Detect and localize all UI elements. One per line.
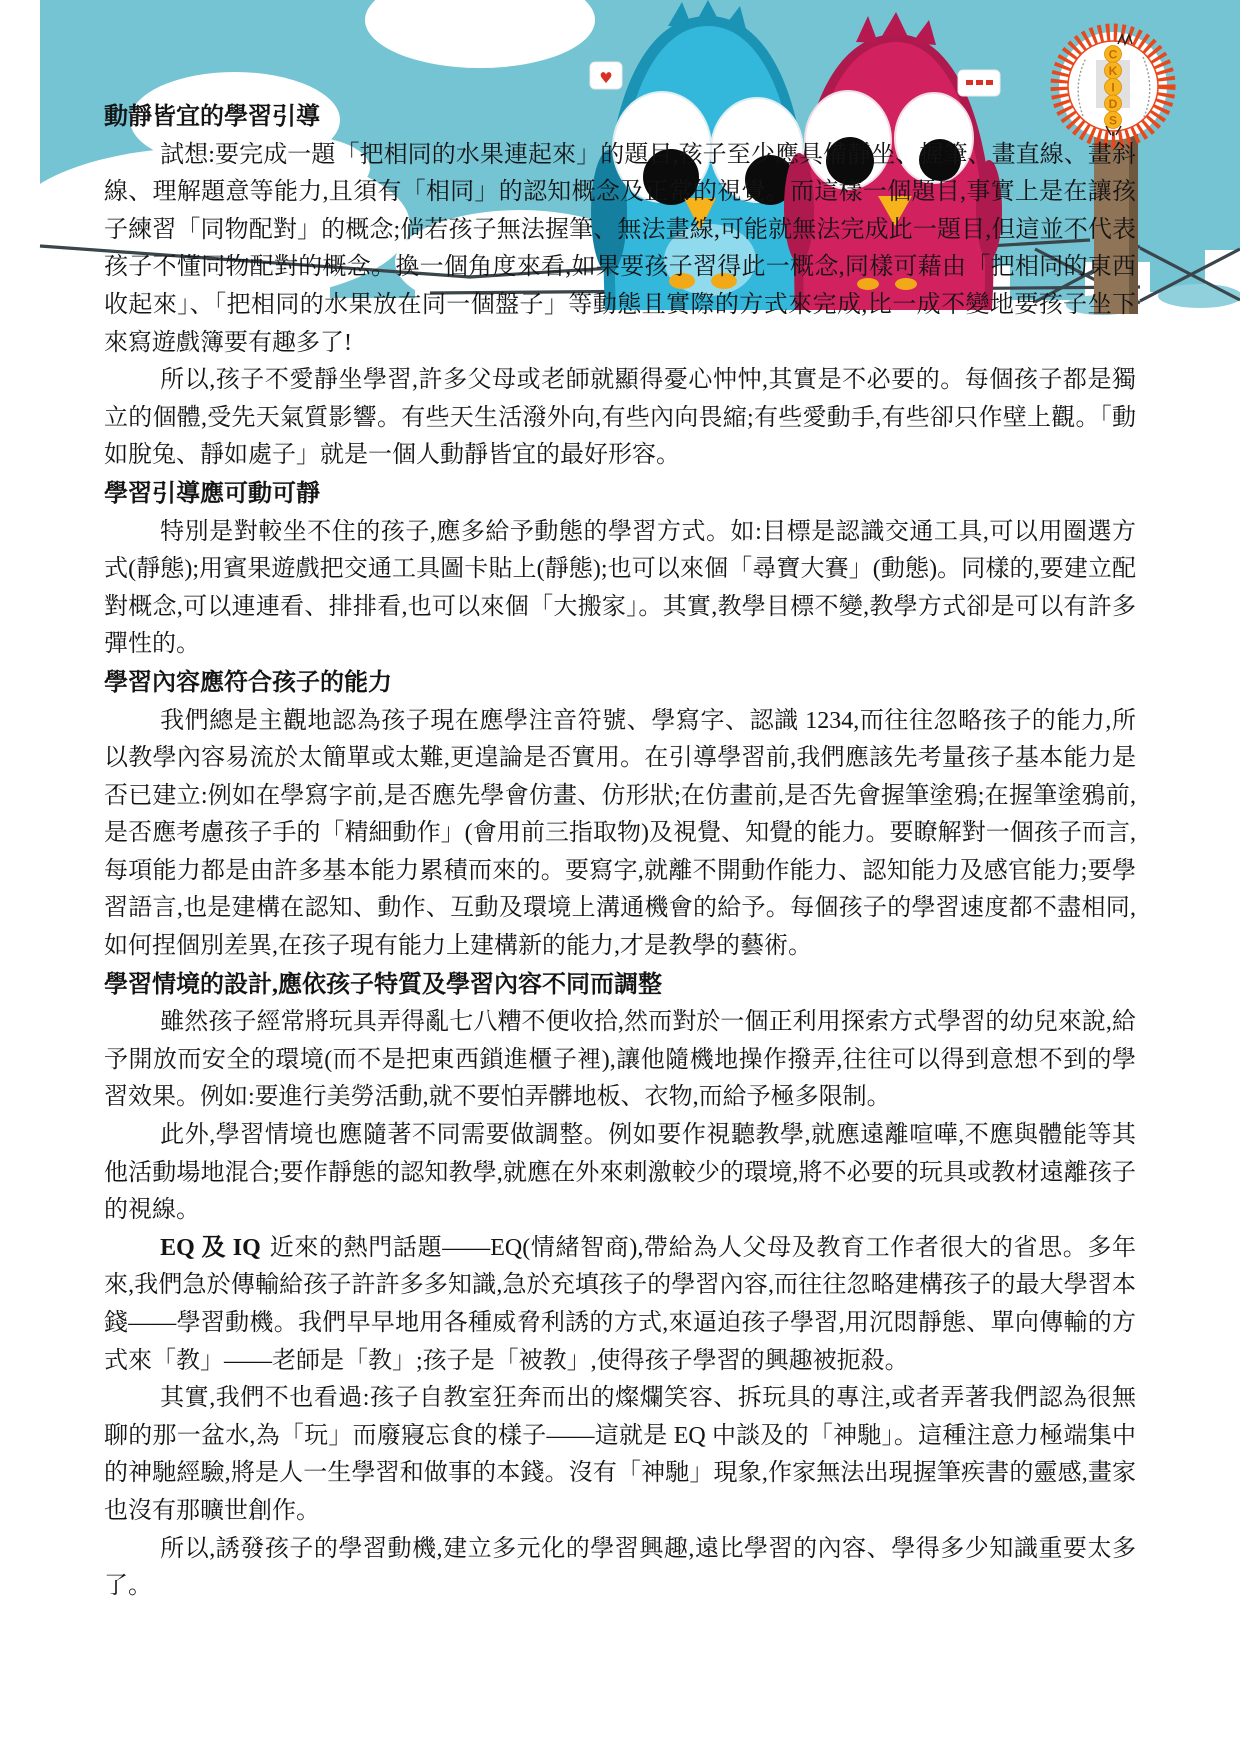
paragraph-4: 我們總是主觀地認為孩子現在應學注音符號、學寫字、認識 1234,而往往忽略孩子的… <box>104 703 1136 966</box>
paragraph-3: 特別是對較坐不住的孩子,應多給予動態的學習方式。如:目標是認識交通工具,可以用圈… <box>104 514 1136 664</box>
heart-icon: ♥ <box>599 69 612 87</box>
eq-iq-lead: EQ 及 IQ <box>160 1235 261 1261</box>
section-heading-3: 學習內容應符合孩子的能力 <box>104 665 1136 703</box>
paragraph-9: 所以,誘發孩子的學習動機,建立多元化的學習興趣,遠比學習的內容、學得多少知識重要… <box>104 1531 1136 1606</box>
paragraph-7: EQ 及 IQ近來的熱門話題——EQ(情緒智商),帶給為人父母及教育工作者很大的… <box>104 1230 1136 1380</box>
article-body: 動靜皆宜的學習引導 試想:要完成一題「把相同的水果連起來」的題目,孩子至少應具備… <box>104 98 1136 1606</box>
heart-speech-bubble: ♥ <box>590 62 622 89</box>
logo-letter: I <box>1111 81 1114 95</box>
logo-letter: K <box>1109 64 1118 78</box>
logo-letter: C <box>1109 48 1118 62</box>
document-page: ♥ <box>0 0 1240 1754</box>
paragraph-5: 雖然孩子經常將玩具弄得亂七八糟不便收拾,然而對於一個正利用探索方式學習的幼兒來說… <box>104 1004 1136 1117</box>
section-heading-4: 學習情境的設計,應依孩子特質及學習內容不同而調整 <box>104 967 1136 1005</box>
section-heading-2: 學習引導應可動可靜 <box>104 476 1136 514</box>
section-heading-1: 動靜皆宜的學習引導 <box>104 99 1136 137</box>
paragraph-6: 此外,學習情境也應隨著不同需要做調整。例如要作視聽教學,就應遠離喧嘩,不應與體能… <box>104 1117 1136 1230</box>
speech-bubble-dots <box>966 80 993 85</box>
paragraph-8: 其實,我們不也看過:孩子自教室狂奔而出的燦爛笑容、拆玩具的專注,或者弄著我們認為… <box>104 1380 1136 1530</box>
paragraph-1: 試想:要完成一題「把相同的水果連起來」的題目,孩子至少應具備靜坐、握筆、畫直線、… <box>104 137 1136 363</box>
paragraph-2: 所以,孩子不愛靜坐學習,許多父母或老師就顯得憂心忡忡,其實是不必要的。每個孩子都… <box>104 362 1136 475</box>
dots-speech-bubble <box>958 70 1000 96</box>
